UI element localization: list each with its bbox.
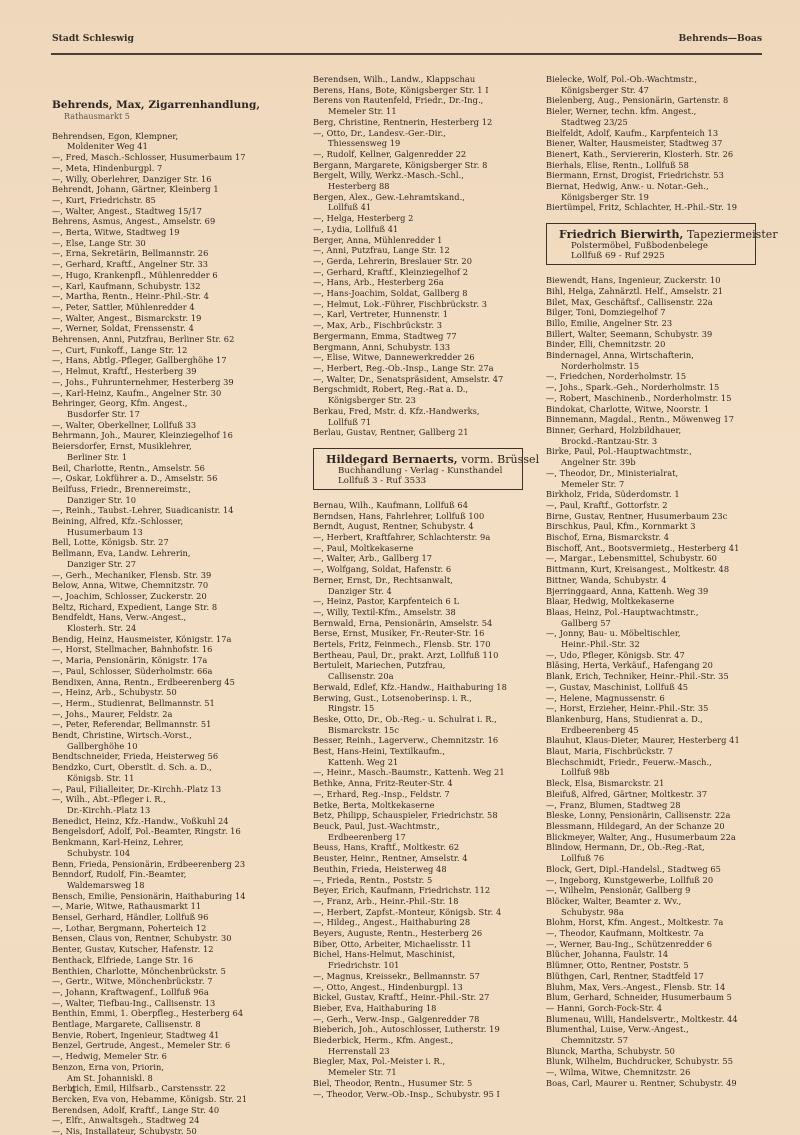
directory-entry: —, Lydia, Lollfuß 41 xyxy=(313,224,545,235)
directory-entry: Binner, Gerhard, Holzbildhauer,Brockd.-R… xyxy=(546,425,778,446)
directory-entry: —, Helmut, Lok.-Führer, Fischbrückstr. 3 xyxy=(313,299,545,310)
entry-text: Bell, Lotte, Königsb. Str. 27 xyxy=(52,537,169,547)
entry-text: Bendixen, Anna, Rentn., Erdbeerenberg 45 xyxy=(52,677,235,687)
entry-address-continuation: Lollfuß 98b xyxy=(546,767,778,778)
entry-text: Bensch, Emilie, Pensionärin, Haithaburin… xyxy=(52,891,246,901)
entry-text: —, Walter, Oberkellner, Lollfuß 33 xyxy=(52,420,196,430)
entry-text: Birke, Paul, Pol.-Hauptwachtmstr., xyxy=(546,446,692,456)
entry-text: Betke, Berta, Moltkekaserne xyxy=(313,800,435,810)
entry-text: —, Helene, Magnussenstr. 6 xyxy=(546,693,665,703)
directory-entry: Blessmann, Hildegard, An der Schanze 20 xyxy=(546,821,778,832)
directory-entry: Blumenthal, Luise, Verw.-Angest.,Chemnit… xyxy=(546,1024,778,1045)
directory-entry: —, Hans, Arb., Hesterberg 26a xyxy=(313,277,545,288)
directory-entry: Berens von Rautenfeld, Friedr., Dr.-Ing.… xyxy=(313,95,545,116)
entry-address-continuation: Schubystr. 98a xyxy=(546,907,778,918)
entry-text: Bethke, Anna, Fritz-Reuter-Str. 4 xyxy=(313,778,453,788)
entry-text: Binder, Elli, Chemnitzstr. 20 xyxy=(546,339,665,349)
entry-text: —, Hugo, Krankenpfl., Mühlenredder 6 xyxy=(52,270,218,280)
directory-entry: —, Gustav, Maschinist, Lollfuß 45 xyxy=(546,682,778,693)
entry-text: Behrendt, Johann, Gärtner, Kleinberg 1 xyxy=(52,184,219,194)
entry-text: —, Erna, Sekretärin, Bellmannstr. 26 xyxy=(52,248,208,258)
directory-entry: Blauhut, Klaus-Dieter, Maurer, Hesterber… xyxy=(546,735,778,746)
directory-entry: Bendig, Heinz, Hausmeister, Königstr. 17… xyxy=(52,634,284,645)
entry-text: Biertümpel, Fritz, Schlachter, H.-Phil.-… xyxy=(546,202,737,212)
directory-entry: —, Joachim, Schlosser, Zuckerstr. 20 xyxy=(52,591,284,602)
directory-entry: Biegler, Max, Pol.-Meister i. R.,Memeler… xyxy=(313,1056,545,1077)
directory-entry: Berger, Anna, Mühlenredder 1 xyxy=(313,235,545,246)
entry-text: —, Horst, Erzieher, Heinr.-Phil.-Str. 35 xyxy=(546,703,708,713)
directory-entry: Benn, Frieda, Pensionärin, Erdbeerenberg… xyxy=(52,859,284,870)
entry-text: Beltz, Richard, Expedient, Lange Str. 8 xyxy=(52,602,217,612)
column-2-entries-bottom: Bernau, Wilh., Kaufmann, Lollfuß 64Bernd… xyxy=(313,500,545,1099)
directory-entry: Blumenau, Willi, Handelsvertr., Moltkest… xyxy=(546,1014,778,1025)
entry-text: Below, Anna, Witwe, Chemnitzstr. 70 xyxy=(52,580,208,590)
entry-text: Behrensen, Anni, Putzfrau, Berliner Str.… xyxy=(52,334,234,344)
directory-entry: Berse, Ernst, Musiker, Fr.-Reuter-Str. 1… xyxy=(313,628,545,639)
entry-address-continuation: Ringstr. 15 xyxy=(313,703,545,714)
entry-address-continuation: Königsberger Str. 47 xyxy=(546,85,778,96)
entry-address-continuation: Stadtweg 23/25 xyxy=(546,117,778,128)
entry-address-continuation: Lollfuß 41 xyxy=(313,202,545,213)
entry-text: Bendzko, Curt, Oberstlt. d. Sch. a. D., xyxy=(52,762,212,772)
entry-address-continuation: Königsberger Str. 23 xyxy=(313,395,545,406)
entry-text: —, Gerhard, Kraftf., Kleinziegelhof 2 xyxy=(313,267,468,277)
directory-entry: Binder, Elli, Chemnitzstr. 20 xyxy=(546,339,778,350)
directory-entry: —, Helene, Magnussenstr. 6 xyxy=(546,693,778,704)
entry-text: —, Gerda, Lehrerin, Breslauer Str. 20 xyxy=(313,256,472,266)
directory-entry: Benthin, Emmi, 1. Oberpfleg., Hesterberg… xyxy=(52,1008,284,1019)
entry-text: —, Herbert, Reg.-Ob.-Insp., Lange Str. 2… xyxy=(313,363,494,373)
directory-entry: Bickel, Gustav, Kraftf., Heinr.-Phil.-St… xyxy=(313,992,545,1003)
directory-entry: —, Theodor, Dr., Ministerialrat,Memeler … xyxy=(546,468,778,489)
directory-entry: Blunck, Martha, Schubystr. 50 xyxy=(546,1046,778,1057)
entry-text: Berens von Rautenfeld, Friedr., Dr.-Ing.… xyxy=(313,95,483,105)
directory-entry: —, Walter, Arb., Gallberg 17 xyxy=(313,553,545,564)
entry-text: Bendt, Christine, Wirtsch.-Vorst., xyxy=(52,730,192,740)
directory-entry: Best, Hans-Heini, Textilkaufm.,Kattenh. … xyxy=(313,746,545,767)
directory-entry: Bentlage, Margarete, Callisenstr. 8 xyxy=(52,1019,284,1030)
directory-entry: Bieber, Eva, Haithaburing 18 xyxy=(313,1003,545,1014)
entry-text: Bielfeldt, Adolf, Kaufm., Karpfenteich 1… xyxy=(546,128,718,138)
entry-text: Berse, Ernst, Musiker, Fr.-Reuter-Str. 1… xyxy=(313,628,484,638)
directory-entry: Birne, Gustav, Rentner, Husumerbaum 23c xyxy=(546,511,778,522)
directory-entry: Billo, Emilie, Angelner Str. 23 xyxy=(546,318,778,329)
entry-text: Bichel, Hans-Helmut, Maschinist, xyxy=(313,949,455,959)
ad-name: Friedrich Bierwirth, xyxy=(559,228,683,241)
directory-entry: —, Meta, Hindenburgpl. 7 xyxy=(52,163,284,174)
entry-text: —, Ingeborg, Kunstgewerbe, Lollfuß 20 xyxy=(546,875,713,885)
directory-entry: Biber, Otto, Arbeiter, Michaelisstr. 11 xyxy=(313,939,545,950)
entry-text: Bellmann, Eva, Landw. Lehrerin, xyxy=(52,548,191,558)
entry-text: —, Paul, Kraftf., Gottorfstr. 2 xyxy=(546,500,668,510)
entry-text: Berner, Ernst, Dr., Rechtsanwalt, xyxy=(313,575,453,585)
directory-entry: Beltz, Richard, Expedient, Lange Str. 8 xyxy=(52,602,284,613)
directory-entry: Benzon, Erna von, Priorin,Am St. Johanni… xyxy=(52,1062,284,1083)
entry-text: Bielenberg, Aug., Pensionärin, Gartenstr… xyxy=(546,95,728,105)
entry-text: —, Else, Lange Str. 30 xyxy=(52,238,146,248)
directory-entry: Bischof, Erna, Bismarckstr. 4 xyxy=(546,532,778,543)
entry-text: —, Wilhelm, Pensionär, Gallberg 9 xyxy=(546,885,690,895)
entry-text: Behringer, Georg, Kfm. Angest., xyxy=(52,398,188,408)
entry-text: —, Gerh., Mechaniker, Flensb. Str. 39 xyxy=(52,570,211,580)
directory-entry: Berwing, Gust., Lotsenoberinsp. i. R.,Ri… xyxy=(313,693,545,714)
entry-text: Bergschmidt, Robert, Reg.-Rat a. D., xyxy=(313,384,468,394)
directory-entry: —, Reinh., Taubst.-Lehrer, Suadicanistr.… xyxy=(52,505,284,516)
directory-entry: Beyer, Erich, Kaufmann, Friedrichstr. 11… xyxy=(313,885,545,896)
directory-entry: Bleck, Elsa, Bismarckstr. 21 xyxy=(546,778,778,789)
directory-entry: Bielfeldt, Adolf, Kaufm., Karpfenteich 1… xyxy=(546,128,778,139)
directory-entry: —, Werner, Bau-Ing., Schützenredder 6 xyxy=(546,939,778,950)
entry-text: Blohm, Horst, Kfm. Angest., Moltkestr. 7… xyxy=(546,917,723,927)
directory-entry: —, Martha, Rentn., Heinr.-Phil.-Str. 4 xyxy=(52,291,284,302)
directory-entry: Birkholz, Frida, Süderdomstr. 1 xyxy=(546,489,778,500)
column-1-entries: Behrendsen, Egon, Klempner,Moldeniter We… xyxy=(52,131,284,1135)
directory-entry: —, Paul, Moltkekaserne xyxy=(313,543,545,554)
directory-entry: Blunk, Wilhelm, Buchdrucker, Schubystr. … xyxy=(546,1056,778,1067)
entry-text: Bergann, Margarete, Königsberger Str. 8 xyxy=(313,160,487,170)
ad-suffix: Tapeziermeister xyxy=(687,228,778,241)
entry-text: Berger, Anna, Mühlenredder 1 xyxy=(313,235,442,245)
entry-text: Berens, Hans, Bote, Königsberger Str. 1 … xyxy=(313,85,489,95)
entry-text: Biernat, Hedwig, Anw.- u. Notar.-Geh., xyxy=(546,181,709,191)
directory-entry: Beuster, Heinr., Rentner, Amselstr. 4 xyxy=(313,853,545,864)
directory-entry: —, Hildeg., Angest., Haithaburing 28 xyxy=(313,917,545,928)
entry-address-continuation: Callisenstr. 20a xyxy=(313,671,545,682)
entry-text: —, Walter, Tiefbau-Ing., Callisenstr. 13 xyxy=(52,998,215,1008)
entry-text: Birschkus, Paul, Kfm., Kornmarkt 3 xyxy=(546,521,696,531)
entry-address-continuation: Memeler Str. 7 xyxy=(546,479,778,490)
directory-entry: Bergelt, Willy, Werkz.-Masch.-Schl.,Hest… xyxy=(313,170,545,191)
column-1: Behrends, Max, Zigarrenhandlung, Rathaus… xyxy=(52,99,284,1135)
directory-entry: Bernau, Wilh., Kaufmann, Lollfuß 64 xyxy=(313,500,545,511)
directory-entry: Bergen, Alex., Gew.-Lehramtskand.,Lollfu… xyxy=(313,192,545,213)
entry-text: —, Karl, Kaufmann, Schubystr. 132 xyxy=(52,281,201,291)
entry-text: Blaar, Hedwig, Moltkekaserne xyxy=(546,596,674,606)
directory-entry: —, Johs., Fuhrunternehmer, Hesterberg 39 xyxy=(52,377,284,388)
entry-text: Bleifuß, Alfred, Gärtner, Moltkestr. 37 xyxy=(546,789,707,799)
directory-entry: Behrensen, Anni, Putzfrau, Berliner Str.… xyxy=(52,334,284,345)
entry-text: —, Paul, Schlosser, Süderholmstr. 66a xyxy=(52,666,213,676)
directory-entry: —, Paul, Filialleiter, Dr.-Kirchh.-Platz… xyxy=(52,784,284,795)
entry-text: —, Hans, Abtlg.-Pfleger, Gallberghöhe 17 xyxy=(52,355,227,365)
entry-address-continuation: Am St. Johanniskl. 8 xyxy=(52,1073,284,1084)
entry-text: Bjerringgaard, Anna, Kattenh. Weg 39 xyxy=(546,586,708,596)
entry-text: —, Heinz, Arb., Schubystr. 50 xyxy=(52,687,177,697)
directory-entry: —, Walter, Oberkellner, Lollfuß 33 xyxy=(52,420,284,431)
directory-entry: —, Magnus, Kreissekr., Bellmannstr. 57 xyxy=(313,971,545,982)
directory-entry: —, Nis, Installateur, Schubystr. 50 xyxy=(52,1126,284,1135)
entry-text: Blank, Erich, Techniker, Heinr.-Phil.-St… xyxy=(546,671,729,681)
entry-text: —, Franz, Arb., Heinr.-Phil.-Str. 18 xyxy=(313,896,459,906)
entry-address-continuation: Dr.-Kirchh.-Platz 13 xyxy=(52,805,284,816)
entry-text: Bittner, Wanda, Schubystr. 4 xyxy=(546,575,667,585)
entry-text: —, Marie, Witwe, Rathausmarkt 11 xyxy=(52,901,201,911)
directory-entry: —, Rudolf, Kellner, Galgenredder 22 xyxy=(313,149,545,160)
directory-entry: —, Johann, Kraftwagenf., Lollfuß 96a xyxy=(52,987,284,998)
directory-entry: Blaas, Heinz, Pol.-Hauptwachtmstr.,Gallb… xyxy=(546,607,778,628)
entry-text: —, Paul, Moltkekaserne xyxy=(313,543,413,553)
entry-text: Binnemann, Magdal., Rentn., Möwenweg 17 xyxy=(546,414,734,424)
entry-text: Bergen, Alex., Gew.-Lehramtskand., xyxy=(313,192,465,202)
entry-text: —, Peter, Referendar, Bellmannstr. 51 xyxy=(52,719,211,729)
directory-entry: Bernwald, Erna, Pensionärin, Amselstr. 5… xyxy=(313,618,545,629)
directory-entry: Beuck, Paul, Just.-Wachtmstr.,Erdbeerenb… xyxy=(313,821,545,842)
directory-entry: —, Helga, Hesterberg 2 xyxy=(313,213,545,224)
directory-entry: Blickmeyer, Walter, Ang., Husumerbaum 22… xyxy=(546,832,778,843)
entry-text: —, Anni, Putzfrau, Lange Str. 12 xyxy=(313,245,450,255)
directory-entry: —, Walter, Dr., Senatspräsident, Amselst… xyxy=(313,374,545,385)
entry-text: Block, Gert, Dipl.-Handelsl., Stadtweg 6… xyxy=(546,864,721,874)
entry-text: Biber, Otto, Arbeiter, Michaelisstr. 11 xyxy=(313,939,472,949)
entry-text: Berndt, August, Rentner, Schubystr. 4 xyxy=(313,521,474,531)
directory-entry: Bluhm, Max, Vers.-Angest., Flensb. Str. … xyxy=(546,982,778,993)
entry-text: Blüthgen, Carl, Rentner, Stadtfeld 17 xyxy=(546,971,704,981)
directory-entry: Benvie, Robert, Ingenieur, Stadtweg 41 xyxy=(52,1030,284,1041)
directory-entry: —, Hugo, Krankenpfl., Mühlenredder 6 xyxy=(52,270,284,281)
entry-text: —, Herm., Studienrat, Bellmannstr. 51 xyxy=(52,698,215,708)
entry-text: Bengelsdorf, Adolf, Pol.-Beamter, Ringst… xyxy=(52,826,241,836)
entry-address-continuation: Gallberghöhe 10 xyxy=(52,741,284,752)
ad-name: Hildegard Bernaerts, xyxy=(326,453,458,466)
directory-entry: Blöcker, Walter, Beamter z. Wv.,Schubyst… xyxy=(546,896,778,917)
page-header: Stadt Schleswig Behrends—Boas xyxy=(52,33,762,44)
directory-entry: Berendsen, Wilh., Landw., Klappschau xyxy=(313,74,545,85)
directory-entry: —, Udo, Pfleger, Königsb. Str. 47 xyxy=(546,650,778,661)
entry-text: —, Karl, Vertreter, Hunnenstr. 1 xyxy=(313,309,448,319)
directory-entry: —, Helmut, Kraftf., Hesterberg 39 xyxy=(52,366,284,377)
column-3: Bielecke, Wolf, Pol.-Ob.-Wachtmstr.,Köni… xyxy=(546,74,778,1089)
directory-entry: —, Gerhard, Kraftf., Angelner Str. 33 xyxy=(52,259,284,270)
entry-address-continuation: Klosterh. Str. 24 xyxy=(52,623,284,634)
entry-text: —, Fred, Masch.-Schlosser, Husumerbaum 1… xyxy=(52,152,246,162)
directory-entry: —, Otto, Dr., Landesv.-Ger.-Dir.,Thiesse… xyxy=(313,128,545,149)
entry-text: Blum, Gerhard, Schneider, Husumerbaum 5 xyxy=(546,992,732,1002)
entry-text: Benzon, Erna von, Priorin, xyxy=(52,1062,164,1072)
directory-entry: Bleske, Lonny, Pensionärin, Callisenstr.… xyxy=(546,810,778,821)
directory-entry: —, Franz, Blumen, Stadtweg 28 xyxy=(546,800,778,811)
entry-text: Berndsen, Hans, Fahrlehrer, Lollfuß 100 xyxy=(313,511,484,521)
entry-text: Bluhm, Max, Vers.-Angest., Flensb. Str. … xyxy=(546,982,725,992)
directory-entry: Bielecke, Wolf, Pol.-Ob.-Wachtmstr.,Köni… xyxy=(546,74,778,95)
directory-entry: Beil, Charlotte, Rentn., Amselstr. 56 xyxy=(52,463,284,474)
entry-address-continuation: Husumerbaum 13 xyxy=(52,527,284,538)
entry-text: —, Peter, Sattler, Mühlenredder 4 xyxy=(52,302,195,312)
entry-text: —, Erhard, Reg.-Insp., Feldstr. 7 xyxy=(313,789,450,799)
directory-entry: —, Karl, Kaufmann, Schubystr. 132 xyxy=(52,281,284,292)
directory-entry: —, Herm., Studienrat, Bellmannstr. 51 xyxy=(52,698,284,709)
entry-text: Bieberich, Joh., Autoschlosser, Lutherst… xyxy=(313,1024,500,1034)
entry-text: Best, Hans-Heini, Textilkaufm., xyxy=(313,746,445,756)
directory-entry: Bieberich, Joh., Autoschlosser, Lutherst… xyxy=(313,1024,545,1035)
directory-entry: Birschkus, Paul, Kfm., Kornmarkt 3 xyxy=(546,521,778,532)
entry-text: Bienert, Kath., Serviererin, Klosterh. S… xyxy=(546,149,733,159)
entry-text: Beil, Charlotte, Rentn., Amselstr. 56 xyxy=(52,463,205,473)
entry-text: —, Curt, Funkoff., Lange Str. 12 xyxy=(52,345,187,355)
lead-entry: Behrends, Max, Zigarrenhandlung, Rathaus… xyxy=(52,99,284,123)
directory-entry: —, Wilma, Witwe, Chemnitzstr. 26 xyxy=(546,1067,778,1078)
entry-text: Blaut, Maria, Fischbrückstr. 7 xyxy=(546,746,673,756)
directory-entry: Behrendt, Johann, Gärtner, Kleinberg 1 xyxy=(52,184,284,195)
entry-text: Bierhals, Elise, Rentn., Lollfuß 58 xyxy=(546,160,689,170)
entry-text: —, Karl-Heinz, Kaufm., Angelner Str. 30 xyxy=(52,388,221,398)
directory-entry: Bertheau, Paul, Dr., prakt. Arzt, Lollfu… xyxy=(313,650,545,661)
directory-entry: —, Paul, Schlosser, Süderholmstr. 66a xyxy=(52,666,284,677)
directory-entry: —, Robert, Maschinenb., Norderholmstr. 1… xyxy=(546,393,778,404)
directory-entry: —, Peter, Sattler, Mühlenredder 4 xyxy=(52,302,284,313)
directory-entry: Beilfuss, Friedr., Brennereimstr.,Danzig… xyxy=(52,484,284,505)
entry-text: Bendfeldt, Hans, Verw.-Angest., xyxy=(52,612,186,622)
directory-entry: —, Hans, Abtlg.-Pfleger, Gallberghöhe 17 xyxy=(52,355,284,366)
entry-text: Bielecke, Wolf, Pol.-Ob.-Wachtmstr., xyxy=(546,74,697,84)
entry-text: Berbrich, Emil, Hilfsarb., Carstensstr. … xyxy=(52,1083,226,1093)
directory-entry: Blechschmidt, Friedr., Feuerw.-Masch.,Lo… xyxy=(546,757,778,778)
directory-entry: Bichel, Hans-Helmut, Maschinist,Friedric… xyxy=(313,949,545,970)
entry-address-continuation: Memeler Str. 11 xyxy=(313,106,545,117)
entry-text: Berendsen, Adolf, Kraftf., Lange Str. 40 xyxy=(52,1105,219,1115)
directory-entry: Benedict, Heinz, Kfz.-Handw., Voßkuhl 24 xyxy=(52,816,284,827)
directory-entry: —, Oskar, Lokführer a. D., Amselstr. 56 xyxy=(52,473,284,484)
entry-text: —, Wilh., Abt.-Pfleger i. R., xyxy=(52,794,166,804)
entry-address-continuation: Heinr.-Phil.-Str. 32 xyxy=(546,639,778,650)
directory-entry: Billert, Walter, Seemann, Schubystr. 39 xyxy=(546,329,778,340)
directory-entry: Bell, Lotte, Königsb. Str. 27 xyxy=(52,537,284,548)
header-rule xyxy=(51,53,762,55)
directory-entry: Berbrich, Emil, Hilfsarb., Carstensstr. … xyxy=(52,1083,284,1094)
entry-text: —, Johs., Spark.-Geh., Norderholmstr. 15 xyxy=(546,382,719,392)
directory-entry: —, Herbert, Reg.-Ob.-Insp., Lange Str. 2… xyxy=(313,363,545,374)
column-2-entries-top: Berendsen, Wilh., Landw., KlappschauBere… xyxy=(313,74,545,438)
entry-text: Bertuleit, Mariechen, Putzfrau, xyxy=(313,660,445,670)
entry-text: —, Johann, Kraftwagenf., Lollfuß 96a xyxy=(52,987,209,997)
directory-entry: —, Johs., Spark.-Geh., Norderholmstr. 15 xyxy=(546,382,778,393)
directory-entry: Blaut, Maria, Fischbrückstr. 7 xyxy=(546,746,778,757)
ad-line-1: Polstermöbel, Fußbodenbelege xyxy=(559,241,747,251)
directory-entry: Beiersdorfer, Ernst, Musiklehrer,Berline… xyxy=(52,441,284,462)
directory-entry: —, Horst, Erzieher, Heinr.-Phil.-Str. 35 xyxy=(546,703,778,714)
entry-text: —, Oskar, Lokführer a. D., Amselstr. 56 xyxy=(52,473,217,483)
column-2: Berendsen, Wilh., Landw., KlappschauBere… xyxy=(313,74,545,1099)
directory-entry: —, Wilhelm, Pensionär, Gallberg 9 xyxy=(546,885,778,896)
directory-entry: Boas, Carl, Maurer u. Rentner, Schubystr… xyxy=(546,1078,778,1089)
directory-entry: Biener, Walter, Hausmeister, Stadtweg 37 xyxy=(546,138,778,149)
directory-entry: —, Ingeborg, Kunstgewerbe, Lollfuß 20 xyxy=(546,875,778,886)
directory-entry: Blohm, Horst, Kfm. Angest., Moltkestr. 7… xyxy=(546,917,778,928)
entry-address-continuation: Norderholmstr. 15 xyxy=(546,361,778,372)
entry-text: Blaas, Heinz, Pol.-Hauptwachtmstr., xyxy=(546,607,699,617)
entry-text: Blindow, Hermann, Dr., Ob.-Reg.-Rat, xyxy=(546,842,705,852)
advertisement-bernaerts: Hildegard Bernaerts, vorm. Brüssel Buchh… xyxy=(313,448,523,490)
entry-text: —, Hedwig, Memeler Str. 6 xyxy=(52,1051,167,1061)
directory-entry: —, Erna, Sekretärin, Bellmannstr. 26 xyxy=(52,248,284,259)
entry-address-continuation: Waldemarsweg 18 xyxy=(52,880,284,891)
directory-entry: Below, Anna, Witwe, Chemnitzstr. 70 xyxy=(52,580,284,591)
entry-text: Bernwald, Erna, Pensionärin, Amselstr. 5… xyxy=(313,618,492,628)
entry-text: —, Maria, Pensionärin, Königstr. 17a xyxy=(52,655,207,665)
entry-text: Biener, Walter, Hausmeister, Stadtweg 37 xyxy=(546,138,722,148)
entry-text: Blöcker, Walter, Beamter z. Wv., xyxy=(546,896,681,906)
entry-address-continuation: Berliner Str. 1 xyxy=(52,452,284,463)
entry-text: Biewendt, Hans, Ingenieur, Zuckerstr. 10 xyxy=(546,275,721,285)
entry-text: Blankenburg, Hans, Studienrat a. D., xyxy=(546,714,703,724)
entry-text: Benter, Gustav, Kutscher, Hafenstr. 12 xyxy=(52,944,214,954)
directory-entry: Bercken, Eva von, Hebamme, Königsb. Str.… xyxy=(52,1094,284,1105)
directory-entry: Berner, Ernst, Dr., Rechtsanwalt,Danzige… xyxy=(313,575,545,596)
entry-text: Benkmann, Karl-Heinz, Lehrer, xyxy=(52,837,184,847)
entry-text: Beiersdorfer, Ernst, Musiklehrer, xyxy=(52,441,192,451)
entry-text: Biederbick, Herm., Kfm. Angest., xyxy=(313,1035,453,1045)
entry-text: Bensel, Gerhard, Händler, Lollfuß 96 xyxy=(52,912,208,922)
entry-text: Berwald, Edlef, Kfz.-Handw., Haithaburin… xyxy=(313,682,507,692)
entry-text: Bläsing, Herta, Verkäuf., Hafengang 20 xyxy=(546,660,713,670)
directory-page: Stadt Schleswig Behrends—Boas Behrends, … xyxy=(0,0,800,1135)
directory-entry: —, Gerhard, Kraftf., Kleinziegelhof 2 xyxy=(313,267,545,278)
entry-address-continuation: Angelner Str. 39b xyxy=(546,457,778,468)
entry-text: —, Heinz, Pastor, Karpfenteich 6 L xyxy=(313,596,459,606)
entry-text: Boas, Carl, Maurer u. Rentner, Schubystr… xyxy=(546,1078,737,1088)
entry-text: Berg, Christine, Rentnerin, Hesterberg 1… xyxy=(313,117,492,127)
directory-entry: Bendixen, Anna, Rentn., Erdbeerenberg 45 xyxy=(52,677,284,688)
entry-text: Benzel, Gertrude, Angest., Memeler Str. … xyxy=(52,1040,230,1050)
directory-entry: Behrendsen, Egon, Klempner,Moldeniter We… xyxy=(52,131,284,152)
entry-text: —, Lothar, Bergmann, Poherteich 12 xyxy=(52,923,206,933)
directory-entry: —, Gerh., Mechaniker, Flensb. Str. 39 xyxy=(52,570,284,581)
directory-entry: Berens, Hans, Bote, Königsberger Str. 1 … xyxy=(313,85,545,96)
entry-text: Behrmann, Joh., Maurer, Kleinziegelhof 1… xyxy=(52,430,233,440)
directory-entry: Blümner, Otto, Rentner, Poststr. 5 xyxy=(546,960,778,971)
entry-address-continuation: Erdbeerenberg 45 xyxy=(546,725,778,736)
directory-entry: —, Franz, Arb., Heinr.-Phil.-Str. 18 xyxy=(313,896,545,907)
directory-entry: Bittmann, Kurt, Kreisangest., Moltkestr.… xyxy=(546,564,778,575)
lead-entry-name: Behrends, Max, Zigarrenhandlung, xyxy=(52,99,260,111)
directory-entry: —, Walter, Tiefbau-Ing., Callisenstr. 13 xyxy=(52,998,284,1009)
directory-entry: Benkmann, Karl-Heinz, Lehrer,Schubystr. … xyxy=(52,837,284,858)
directory-entry: Blücher, Johanna, Faulstr. 14 xyxy=(546,949,778,960)
entry-text: Bihl, Helga, Zahnärztl. Helf., Amselstr.… xyxy=(546,286,723,296)
entry-text: —, Hans, Arb., Hesterberg 26a xyxy=(313,277,444,287)
entry-text: —, Johs., Fuhrunternehmer, Hesterberg 39 xyxy=(52,377,234,387)
entry-text: —, Frieda, Rentn., Poststr. 5 xyxy=(313,875,432,885)
entry-text: Berwing, Gust., Lotsenoberinsp. i. R., xyxy=(313,693,472,703)
entry-text: Billert, Walter, Seemann, Schubystr. 39 xyxy=(546,329,712,339)
entry-address-continuation: Königsberger Str. 19 xyxy=(546,192,778,203)
entry-text: Benthien, Charlotte, Mönchenbrückstr. 5 xyxy=(52,966,226,976)
directory-entry: —, Erhard, Reg.-Insp., Feldstr. 7 xyxy=(313,789,545,800)
directory-entry: —, Maria, Pensionärin, Königstr. 17a xyxy=(52,655,284,666)
directory-entry: —, Herbert, Kraftfahrer, Schlachterstr. … xyxy=(313,532,545,543)
entry-text: Beuthin, Frieda, Heisterweg 48 xyxy=(313,864,447,874)
entry-text: —, Udo, Pfleger, Königsb. Str. 47 xyxy=(546,650,685,660)
directory-entry: Berendsen, Adolf, Kraftf., Lange Str. 40 xyxy=(52,1105,284,1116)
directory-entry: —, Berta, Witwe, Stadtweg 19 xyxy=(52,227,284,238)
entry-text: Bergermann, Emma, Stadtweg 77 xyxy=(313,331,457,341)
directory-entry: Bergmann, Anni, Schubystr. 133 xyxy=(313,342,545,353)
entry-text: —, Heinr., Masch.-Baumstr., Kattenh. Weg… xyxy=(313,767,505,777)
directory-entry: Bethke, Anna, Fritz-Reuter-Str. 4 xyxy=(313,778,545,789)
entry-text: Blessmann, Hildegard, An der Schanze 20 xyxy=(546,821,725,831)
directory-entry: —, Elfr., Anwaltsgeh., Stadtweg 24 xyxy=(52,1115,284,1126)
directory-entry: Beuthin, Frieda, Heisterweg 48 xyxy=(313,864,545,875)
entry-text: Beuck, Paul, Just.-Wachtmstr., xyxy=(313,821,440,831)
directory-entry: —, Wolfgang, Soldat, Hafenstr. 6 xyxy=(313,564,545,575)
entry-text: Biel, Theodor, Rentn., Husumer Str. 5 xyxy=(313,1078,472,1088)
entry-address-continuation: Erdbeerenberg 17 xyxy=(313,832,545,843)
entry-text: Berkau, Fred, Mstr. d. Kfz.-Handwerks, xyxy=(313,406,480,416)
directory-entry: —, Theodor, Kaufmann, Moltkestr. 7a xyxy=(546,928,778,939)
directory-entry: Bergermann, Emma, Stadtweg 77 xyxy=(313,331,545,342)
entry-text: —, Meta, Hindenburgpl. 7 xyxy=(52,163,162,173)
directory-entry: Berwald, Edlef, Kfz.-Handw., Haithaburin… xyxy=(313,682,545,693)
directory-entry: —, Else, Lange Str. 30 xyxy=(52,238,284,249)
